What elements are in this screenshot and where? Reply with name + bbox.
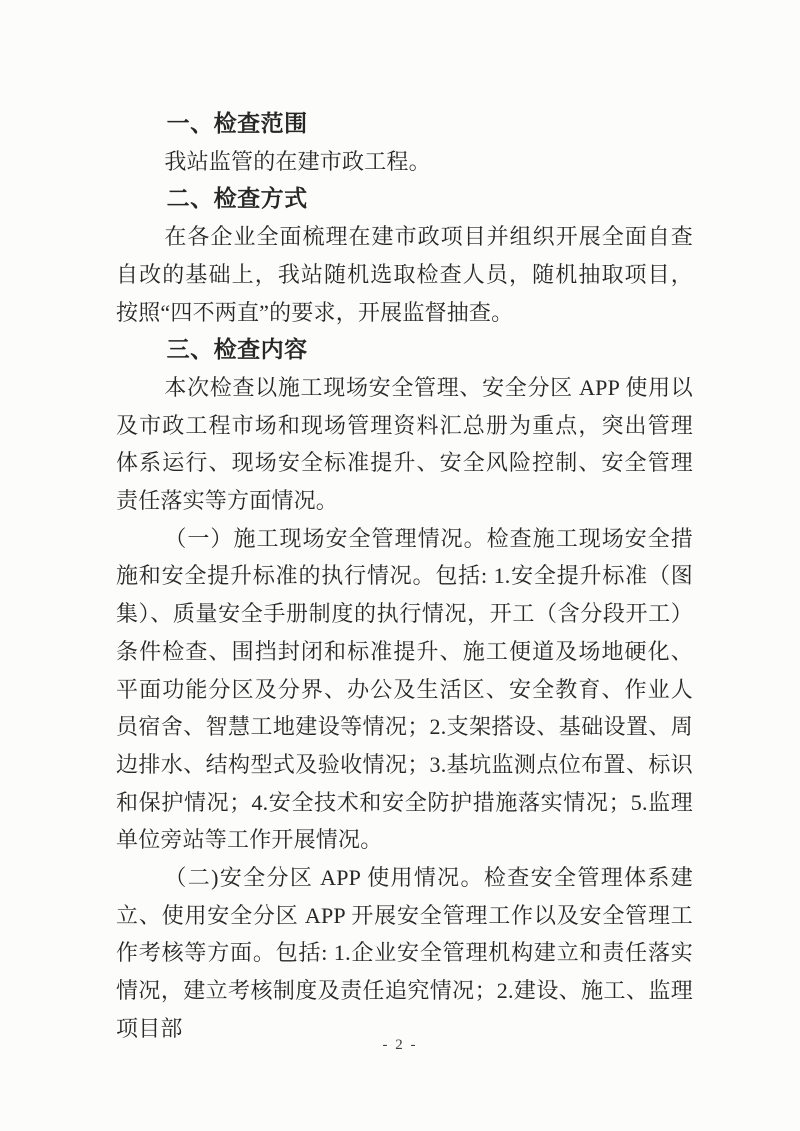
document-page: 一、检查范围我站监管的在建市政工程。二、检查方式在各企业全面梳理在建市政项目并组… — [0, 0, 800, 1131]
paragraph: 本次检查以施工现场安全管理、安全分区 APP 使用以及市政工程市场和现场管理资料… — [116, 369, 693, 520]
paragraph: 在各企业全面梳理在建市政项目并组织开展全面自查自改的基础上，我站随机选取检查人员… — [116, 218, 693, 331]
paragraph: 我站监管的在建市政工程。 — [116, 143, 693, 181]
document-body: 一、检查范围我站监管的在建市政工程。二、检查方式在各企业全面梳理在建市政项目并组… — [116, 105, 693, 1048]
section-heading: 一、检查范围 — [116, 105, 693, 143]
section-heading: 二、检查方式 — [116, 180, 693, 218]
paragraph: （二)安全分区 APP 使用情况。检查安全管理体系建立、使用安全分区 APP 开… — [116, 859, 693, 1048]
paragraph: （一）施工现场安全管理情况。检查施工现场安全措施和安全提升标准的执行情况。包括:… — [116, 520, 693, 859]
page-number: - 2 - — [0, 1037, 800, 1054]
section-heading: 三、检查内容 — [116, 331, 693, 369]
